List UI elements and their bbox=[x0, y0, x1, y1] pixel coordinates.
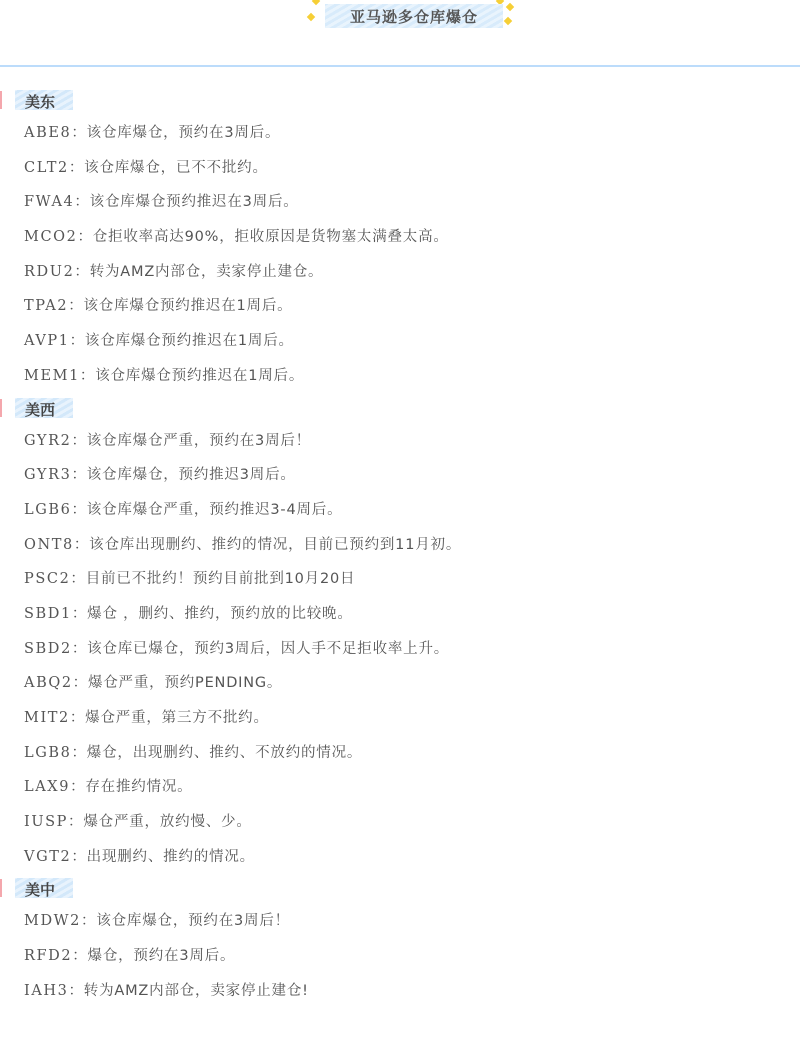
list-item: FWA4：该仓库爆仓预约推迟在3周后。 bbox=[0, 185, 800, 220]
warehouse-status: ：该仓库爆仓，已不不批约。 bbox=[69, 160, 268, 176]
list-item: RFD2：爆仓，预约在3周后。 bbox=[0, 939, 800, 974]
list-item: GYR2：该仓库爆仓严重，预约在3周后！ bbox=[0, 424, 800, 459]
warehouse-code: ONT8 bbox=[24, 537, 74, 553]
warehouse-code: LAX9 bbox=[24, 779, 70, 795]
section-heading-west: 美西 bbox=[0, 394, 800, 424]
list-item: GYR3：该仓库爆仓，预约推迟3周后。 bbox=[0, 458, 800, 493]
warehouse-code: RDU2 bbox=[24, 264, 74, 280]
section-heading-central: 美中 bbox=[0, 874, 800, 904]
list-item: IUSP：爆仓严重，放约慢、少。 bbox=[0, 805, 800, 840]
list-item: LAX9：存在推约情况。 bbox=[0, 770, 800, 805]
warehouse-status: ：该仓库已爆仓，预约3周后，因人手不足拒收率上升。 bbox=[72, 641, 449, 657]
warehouse-status: ：该仓库出现删约、推约的情况，目前已预约到11月初。 bbox=[74, 537, 461, 553]
warehouse-code: TPA2 bbox=[24, 298, 68, 314]
warehouse-code: LGB8 bbox=[24, 745, 72, 761]
warehouse-code: ABQ2 bbox=[24, 675, 73, 691]
warehouse-status: ：该仓库爆仓严重，预约在3周后！ bbox=[71, 433, 311, 449]
section-label: 美东 bbox=[25, 91, 55, 112]
warehouse-code: GYR3 bbox=[24, 467, 71, 483]
warehouse-status: ：仓拒收率高达90%，拒收原因是货物塞太满叠太高。 bbox=[77, 229, 448, 245]
warehouse-status: ：该仓库爆仓，预约在3周后！ bbox=[81, 913, 290, 929]
list-item: RDU2：转为AMZ内部仓，卖家停止建仓。 bbox=[0, 255, 800, 290]
list-item: MCO2：仓拒收率高达90%，拒收原因是货物塞太满叠太高。 bbox=[0, 220, 800, 255]
list-item: MEM1：该仓库爆仓预约推迟在1周后。 bbox=[0, 359, 800, 394]
title-highlight: 亚马逊多仓库爆仓 bbox=[325, 4, 503, 28]
warehouse-status: ：爆仓严重，预约PENDING。 bbox=[73, 675, 283, 691]
list-item: CLT2：该仓库爆仓，已不不批约。 bbox=[0, 151, 800, 186]
list-item: VGT2：出现删约、推约的情况。 bbox=[0, 840, 800, 875]
list-item: AVP1：该仓库爆仓预约推迟在1周后。 bbox=[0, 324, 800, 359]
warehouse-code: ABE8 bbox=[24, 125, 71, 141]
warehouse-code: RFD2 bbox=[24, 948, 72, 964]
warehouse-status: ：爆仓严重，第三方不批约。 bbox=[70, 710, 269, 726]
warehouse-status: ：爆仓，出现删约、推约、不放约的情况。 bbox=[72, 745, 363, 761]
warehouse-status: ：爆仓严重，放约慢、少。 bbox=[68, 814, 252, 830]
warehouse-code: GYR2 bbox=[24, 433, 71, 449]
warehouse-status: ：转为AMZ内部仓，卖家停止建仓! bbox=[68, 983, 308, 999]
star-icon bbox=[506, 3, 514, 11]
list-item: SBD2：该仓库已爆仓，预约3周后，因人手不足拒收率上升。 bbox=[0, 632, 800, 667]
list-item: LGB6：该仓库爆仓严重，预约推迟3-4周后。 bbox=[0, 493, 800, 528]
list-item: MDW2：该仓库爆仓，预约在3周后！ bbox=[0, 904, 800, 939]
warehouse-code: PSC2 bbox=[24, 571, 70, 587]
warehouse-status: ：目前已不批约！预约目前批到10月20日 bbox=[70, 571, 355, 587]
warehouse-code: VGT2 bbox=[24, 849, 71, 865]
warehouse-code: MEM1 bbox=[24, 368, 80, 384]
warehouse-status: ：该仓库爆仓预约推迟在1周后。 bbox=[68, 298, 292, 314]
section-label: 美西 bbox=[25, 399, 55, 420]
section-marker bbox=[0, 91, 2, 109]
list-item: ONT8：该仓库出现删约、推约的情况，目前已预约到11月初。 bbox=[0, 528, 800, 563]
warehouse-code: MDW2 bbox=[24, 913, 81, 929]
list-item: TPA2：该仓库爆仓预约推迟在1周后。 bbox=[0, 289, 800, 324]
divider bbox=[0, 65, 800, 67]
warehouse-code: CLT2 bbox=[24, 160, 69, 176]
list-item: ABE8：该仓库爆仓，预约在3周后。 bbox=[0, 116, 800, 151]
warehouse-code: SBD1 bbox=[24, 606, 72, 622]
warehouse-code: AVP1 bbox=[24, 333, 70, 349]
section-label: 美中 bbox=[25, 879, 55, 900]
star-icon bbox=[307, 13, 315, 21]
list-item: PSC2：目前已不批约！预约目前批到10月20日 bbox=[0, 562, 800, 597]
warehouse-status: ：转为AMZ内部仓，卖家停止建仓。 bbox=[74, 264, 323, 280]
page-title: 亚马逊多仓库爆仓 bbox=[350, 6, 478, 27]
warehouse-code: SBD2 bbox=[24, 641, 72, 657]
warehouse-code: MIT2 bbox=[24, 710, 70, 726]
section-marker bbox=[0, 879, 2, 897]
warehouse-code: FWA4 bbox=[24, 194, 74, 210]
warehouse-status: ：该仓库爆仓预约推迟在1周后。 bbox=[80, 368, 304, 384]
warehouse-code: IAH3 bbox=[24, 983, 68, 999]
warehouse-list: 美东 ABE8：该仓库爆仓，预约在3周后。 CLT2：该仓库爆仓，已不不批约。 … bbox=[0, 86, 800, 1009]
warehouse-status: ：该仓库爆仓，预约推迟3周后。 bbox=[71, 467, 295, 483]
title-banner: 亚马逊多仓库爆仓 bbox=[0, 0, 800, 40]
warehouse-code: MCO2 bbox=[24, 229, 77, 245]
warehouse-code: IUSP bbox=[24, 814, 68, 830]
list-item: ABQ2：爆仓严重，预约PENDING。 bbox=[0, 666, 800, 701]
warehouse-status: ：爆仓 ，删约、推约，预约放的比较晚。 bbox=[72, 606, 353, 622]
star-icon bbox=[312, 0, 320, 5]
list-item: IAH3：转为AMZ内部仓，卖家停止建仓! bbox=[0, 974, 800, 1009]
section-marker bbox=[0, 399, 2, 417]
list-item: LGB8：爆仓，出现删约、推约、不放约的情况。 bbox=[0, 736, 800, 771]
warehouse-status: ：出现删约、推约的情况。 bbox=[71, 849, 255, 865]
star-icon bbox=[504, 17, 512, 25]
warehouse-status: ：该仓库爆仓，预约在3周后。 bbox=[71, 125, 280, 141]
warehouse-status: ：爆仓，预约在3周后。 bbox=[72, 948, 235, 964]
warehouse-code: LGB6 bbox=[24, 502, 72, 518]
list-item: SBD1：爆仓 ，删约、推约，预约放的比较晚。 bbox=[0, 597, 800, 632]
warehouse-status: ：该仓库爆仓严重，预约推迟3-4周后。 bbox=[72, 502, 343, 518]
warehouse-status: ：该仓库爆仓预约推迟在3周后。 bbox=[74, 194, 298, 210]
warehouse-status: ：该仓库爆仓预约推迟在1周后。 bbox=[70, 333, 294, 349]
section-heading-east: 美东 bbox=[0, 86, 800, 116]
warehouse-status: ：存在推约情况。 bbox=[70, 779, 192, 795]
list-item: MIT2：爆仓严重，第三方不批约。 bbox=[0, 701, 800, 736]
